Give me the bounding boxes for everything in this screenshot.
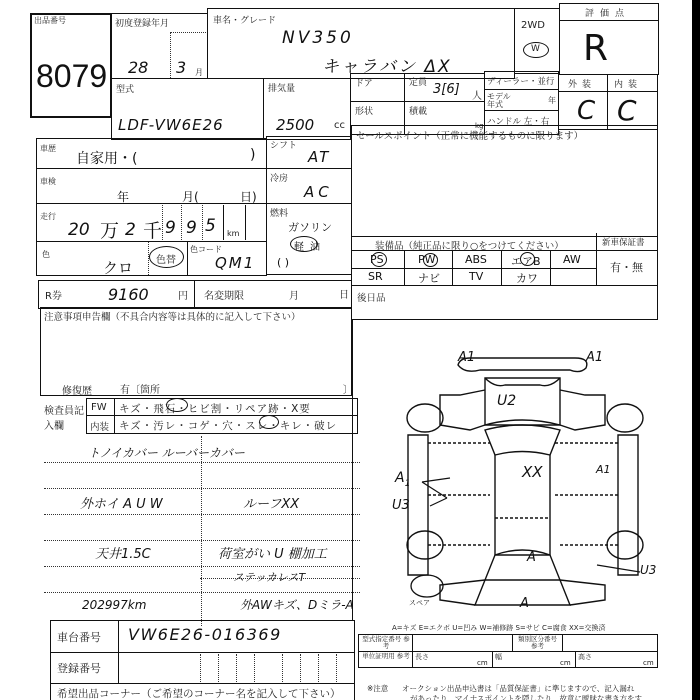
mileage-man: 20	[68, 220, 90, 240]
chassis-value: VW6E26-016369	[128, 625, 282, 644]
interior-grade: C	[617, 94, 637, 127]
inspector-note-6-right: ステッカレスT	[233, 569, 305, 585]
mark-rear-bumper: A	[520, 596, 529, 611]
car-name: NV350	[282, 28, 354, 48]
inspector-note-3-right: ルーフXX	[243, 493, 299, 512]
mileage-sen: 2	[125, 220, 136, 240]
sales-point-label: セールスポイント（正常に機能するものに限ります）	[356, 128, 583, 142]
car-name-label: 車名・グレード	[213, 13, 276, 26]
mark-front-left: A1	[458, 350, 475, 365]
aftermarket-label: 後日品	[357, 290, 386, 304]
color-change: 色替	[156, 251, 176, 266]
drive-box	[514, 8, 560, 74]
drive-4wd: W	[531, 44, 540, 54]
score-value: R	[583, 28, 608, 69]
first-reg-year: 28	[128, 58, 148, 77]
inspection-box	[36, 168, 267, 204]
mark-roof: XX	[522, 463, 543, 481]
first-reg-month: 3	[176, 58, 186, 77]
warranty-value: 有・無	[610, 259, 643, 275]
corner-label: 希望出品コーナー（ご希望のコーナー名を記入して下さい）	[57, 686, 341, 700]
model-code: LDF-VW6E26	[118, 116, 224, 134]
notice-line-2: があったり、マイナスポイントを隠したり、故意に曖昧な書き方をす	[410, 693, 642, 700]
scan-edge	[692, 0, 700, 700]
lot-number: 8079	[36, 58, 107, 95]
aircon-value: AC	[304, 183, 333, 201]
notes-label: 注意事項申告欄（不具合内容等は具体的に記入して下さい）	[44, 309, 301, 323]
mileage-digit-1: 9	[165, 218, 176, 238]
mark-left-door-u3: U3	[392, 498, 410, 513]
inspector-note-1: トノイカバー ルーバーカバー	[88, 444, 245, 461]
fuel-diesel: 軽油	[294, 238, 326, 253]
inspector-note-5-left: 天井1.5C	[95, 543, 151, 562]
equip-leather: カワ	[516, 270, 538, 286]
color-value: クロ	[103, 257, 133, 278]
color-code: QM1	[215, 254, 255, 272]
inspector-label: 検査員記入欄	[44, 404, 84, 434]
displacement-label: 排気量	[268, 81, 295, 94]
equip-tv: TV	[469, 270, 483, 283]
drive-2wd: 2WD	[521, 20, 545, 31]
history-value: 自家用・(	[76, 148, 137, 168]
diagram-legend: A=キズ E=エクボ U=凹み W=補修跡 S=サビ C=腐食 XX=交換済	[392, 623, 605, 633]
score-label: 評価点	[585, 6, 630, 19]
mileage-digit-3: 5	[205, 216, 216, 236]
equip-navi: ナビ	[418, 270, 440, 286]
mark-left-door-a1: A1	[395, 470, 410, 489]
interior-items: キズ・汚レ・コゲ・穴・スレ・キレ・破レ	[119, 418, 337, 433]
exterior-grade: C	[577, 96, 595, 126]
inspector-note-5-right: 荷室がい U 棚加工	[218, 543, 327, 562]
inspector-note-7-left: 202997km	[82, 598, 146, 612]
displacement-value: 2500	[276, 116, 314, 134]
model-label: 型式	[116, 82, 134, 95]
equip-aw: AW	[563, 253, 581, 266]
history-box	[36, 138, 267, 169]
equip-sr: SR	[368, 270, 383, 283]
mark-rear-hatch: A	[527, 550, 536, 565]
fuel-gasoline: ガソリン	[288, 219, 332, 235]
fw-items: キズ・飛石・ヒビ割・リペア跡・X要	[119, 401, 311, 416]
shift-value: AT	[308, 148, 330, 166]
mark-right-door: A1	[596, 463, 611, 476]
inspector-note-7-right: 外AWキズ、Dミラ-A	[240, 596, 354, 613]
mark-front-right: A1	[586, 350, 603, 365]
mileage-digit-2: 9	[186, 218, 197, 238]
mark-hood: U2	[497, 393, 516, 409]
equip-abs: ABS	[465, 253, 487, 266]
lot-number-label: 出品番号	[34, 15, 66, 26]
inspector-note-3-left: 外ホイ A U W	[80, 493, 163, 512]
sales-point-box	[351, 125, 658, 320]
capacity-value: 3[6]	[433, 82, 460, 97]
recycle-value: 9160	[108, 285, 149, 304]
spare-tire-icon	[409, 573, 445, 599]
first-registration-label: 初度登録年月	[115, 16, 169, 29]
